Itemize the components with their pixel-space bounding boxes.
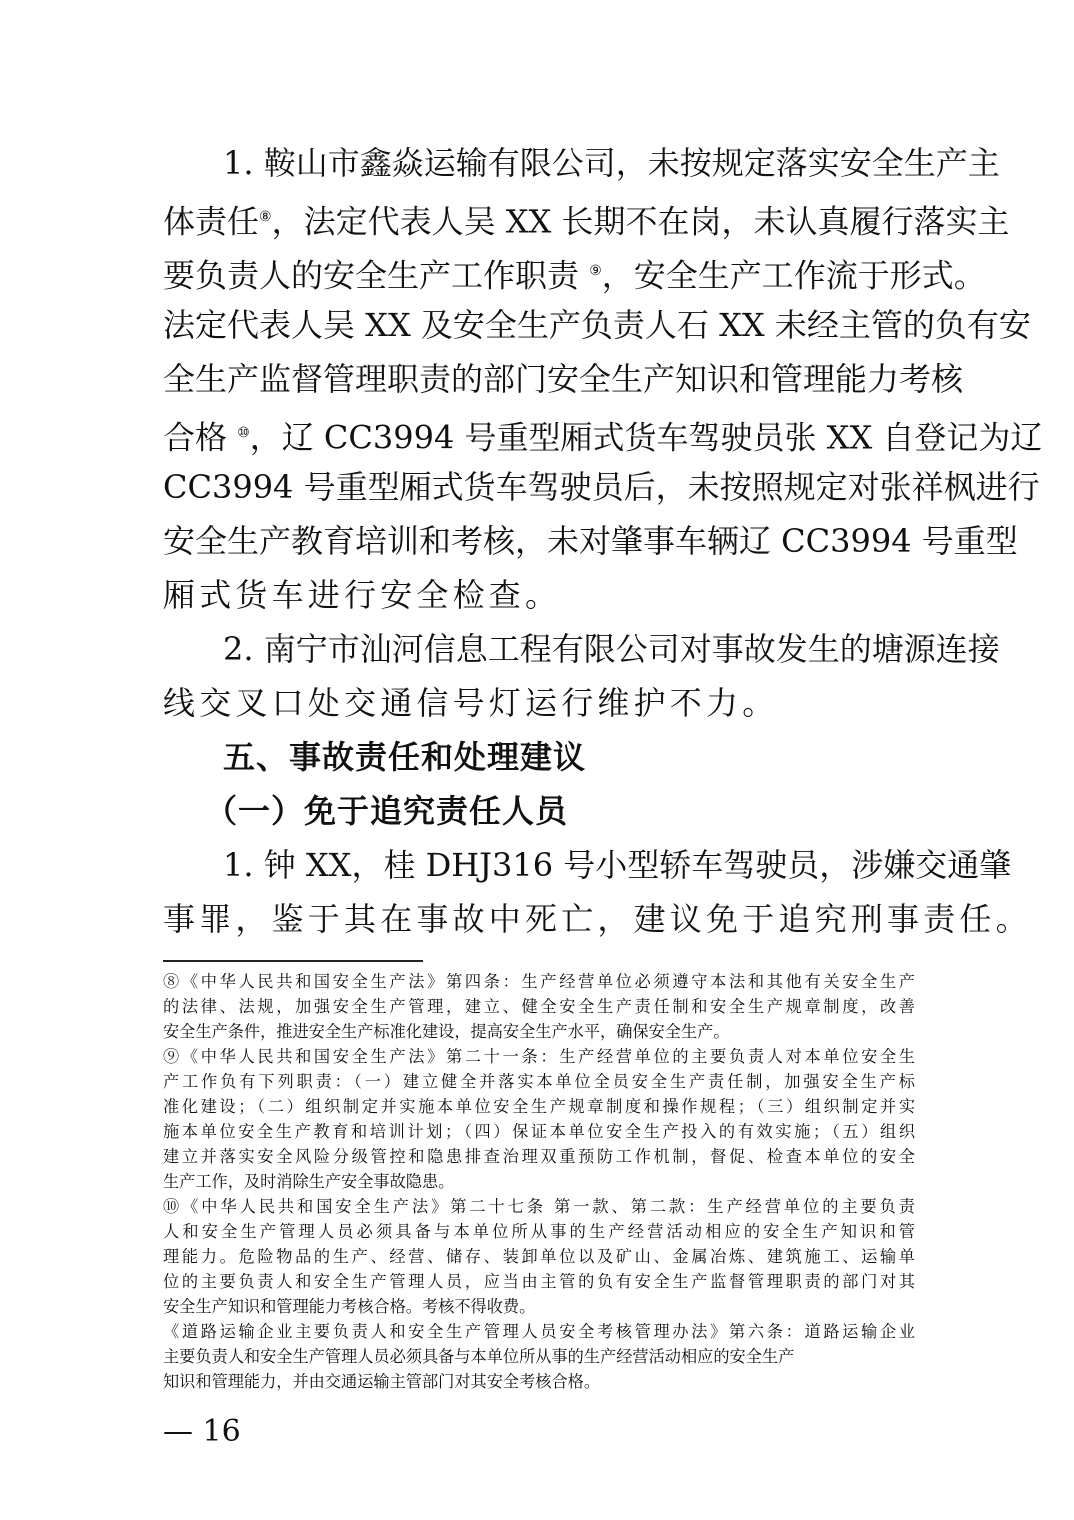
footnote-line: 主要负责人和安全生产管理人员必须具备与本单位所从事的生产经营活动相应的安全生产	[163, 1345, 915, 1369]
footnote-line: 理能力。危险物品的生产、经营、储存、装卸单位以及矿山、金属冶炼、建筑施工、运输单	[163, 1245, 915, 1269]
footnote-line: 知识和管理能力，并由交通运输主管部门对其安全考核合格。	[163, 1370, 915, 1394]
footnote-ref-8[interactable]: ⑧	[259, 209, 272, 225]
text-segment: 体责任	[163, 203, 259, 241]
text-segment: ，法定代表人吴 XX 长期不在岗，未认真履行落实主	[272, 203, 1010, 241]
footnote-line: 产工作负有下列职责：（一）建立健全并落实本单位全员安全生产责任制，加强安全生产标	[163, 1070, 915, 1094]
section-heading: 五、事故责任和处理建议	[223, 737, 973, 777]
text-segment: ，安全生产工作流于形式。	[602, 257, 986, 295]
body-line: 全生产监督管理职责的部门安全生产知识和管理能力考核	[163, 359, 913, 399]
body-line: 合格 ⑩，辽 CC3994 号重型厢式货车驾驶员张 XX 自登记为辽	[163, 413, 913, 458]
body-line: CC3994 号重型厢式货车驾驶员后，未按照规定对张祥枫进行	[163, 467, 913, 507]
footnote-line: 准化建设；（二）组织制定并实施本单位安全生产规章制度和操作规程；（三）组织制定并…	[163, 1095, 915, 1119]
body-line: 厢式货车进行安全检查。	[163, 575, 913, 615]
text-segment: ，辽 CC3994 号重型厢式货车驾驶员张 XX 自登记为辽	[250, 419, 1043, 457]
body-line: 1. 钟 XX，桂 DHJ316 号小型轿车驾驶员，涉嫌交通肇	[223, 845, 913, 885]
body-line: 要负责人的安全生产工作职责 ⑨，安全生产工作流于形式。	[163, 251, 913, 296]
footnote-separator	[163, 960, 423, 962]
footnote-line: 建立并落实安全风险分级管控和隐患排查治理双重预防工作机制，督促、检查本单位的安全	[163, 1145, 915, 1169]
footnote-line: ⑩《中华人民共和国安全生产法》第二十七条 第一款、第二款：生产经营单位的主要负责	[163, 1195, 915, 1219]
body-line: 法定代表人吴 XX 及安全生产负责人石 XX 未经主管的负有安	[163, 305, 913, 345]
page-number: — 16	[163, 1412, 241, 1452]
footnote-line: 安全生产条件，推进安全生产标准化建设，提高安全生产水平，确保安全生产。	[163, 1020, 915, 1044]
footnote-line: 《道路运输企业主要负责人和安全生产管理人员安全考核管理办法》第六条：道路运输企业	[163, 1320, 915, 1344]
footnote-line: 位的主要负责人和安全生产管理人员，应当由主管的负有安全生产监督管理职责的部门对其	[163, 1270, 915, 1294]
footnote-line: 安全生产知识和管理能力考核合格。考核不得收费。	[163, 1295, 915, 1319]
body-line: 体责任⑧，法定代表人吴 XX 长期不在岗，未认真履行落实主	[163, 197, 913, 242]
footnote-line: ⑨《中华人民共和国安全生产法》第二十一条：生产经营单位的主要负责人对本单位安全生	[163, 1045, 915, 1069]
footnote-ref-10[interactable]: ⑩	[237, 425, 250, 441]
footnote-line: 生产工作，及时消除生产安全事故隐患。	[163, 1170, 915, 1194]
body-line: 安全生产教育培训和考核，未对肇事车辆辽 CC3994 号重型	[163, 521, 913, 561]
footnote-ref-9[interactable]: ⑨	[589, 263, 602, 279]
body-line: 2. 南宁市汕河信息工程有限公司对事故发生的塘源连接	[223, 629, 913, 669]
body-line: 1. 鞍山市鑫焱运输有限公司，未按规定落实安全生产主	[223, 143, 913, 183]
subsection-heading: （一）免于追究责任人员	[205, 791, 955, 831]
text-segment: 合格	[163, 419, 237, 457]
footnote-line: ⑧《中华人民共和国安全生产法》第四条：生产经营单位必须遵守本法和其他有关安全生产	[163, 970, 915, 994]
footnote-line: 施本单位安全生产教育和培训计划；（四）保证本单位安全生产投入的有效实施；（五）组…	[163, 1120, 915, 1144]
footnote-line: 的法律、法规，加强安全生产管理，建立、健全安全生产责任制和安全生产规章制度，改善	[163, 995, 915, 1019]
text-segment: 要负责人的安全生产工作职责	[163, 257, 589, 295]
body-line: 线交叉口处交通信号灯运行维护不力。	[163, 683, 913, 723]
footnote-line: 人和安全生产管理人员必须具备与本单位所从事的生产经营活动相应的安全生产知识和管	[163, 1220, 915, 1244]
body-line: 事罪，鉴于其在事故中死亡，建议免于追究刑事责任。	[163, 899, 913, 939]
